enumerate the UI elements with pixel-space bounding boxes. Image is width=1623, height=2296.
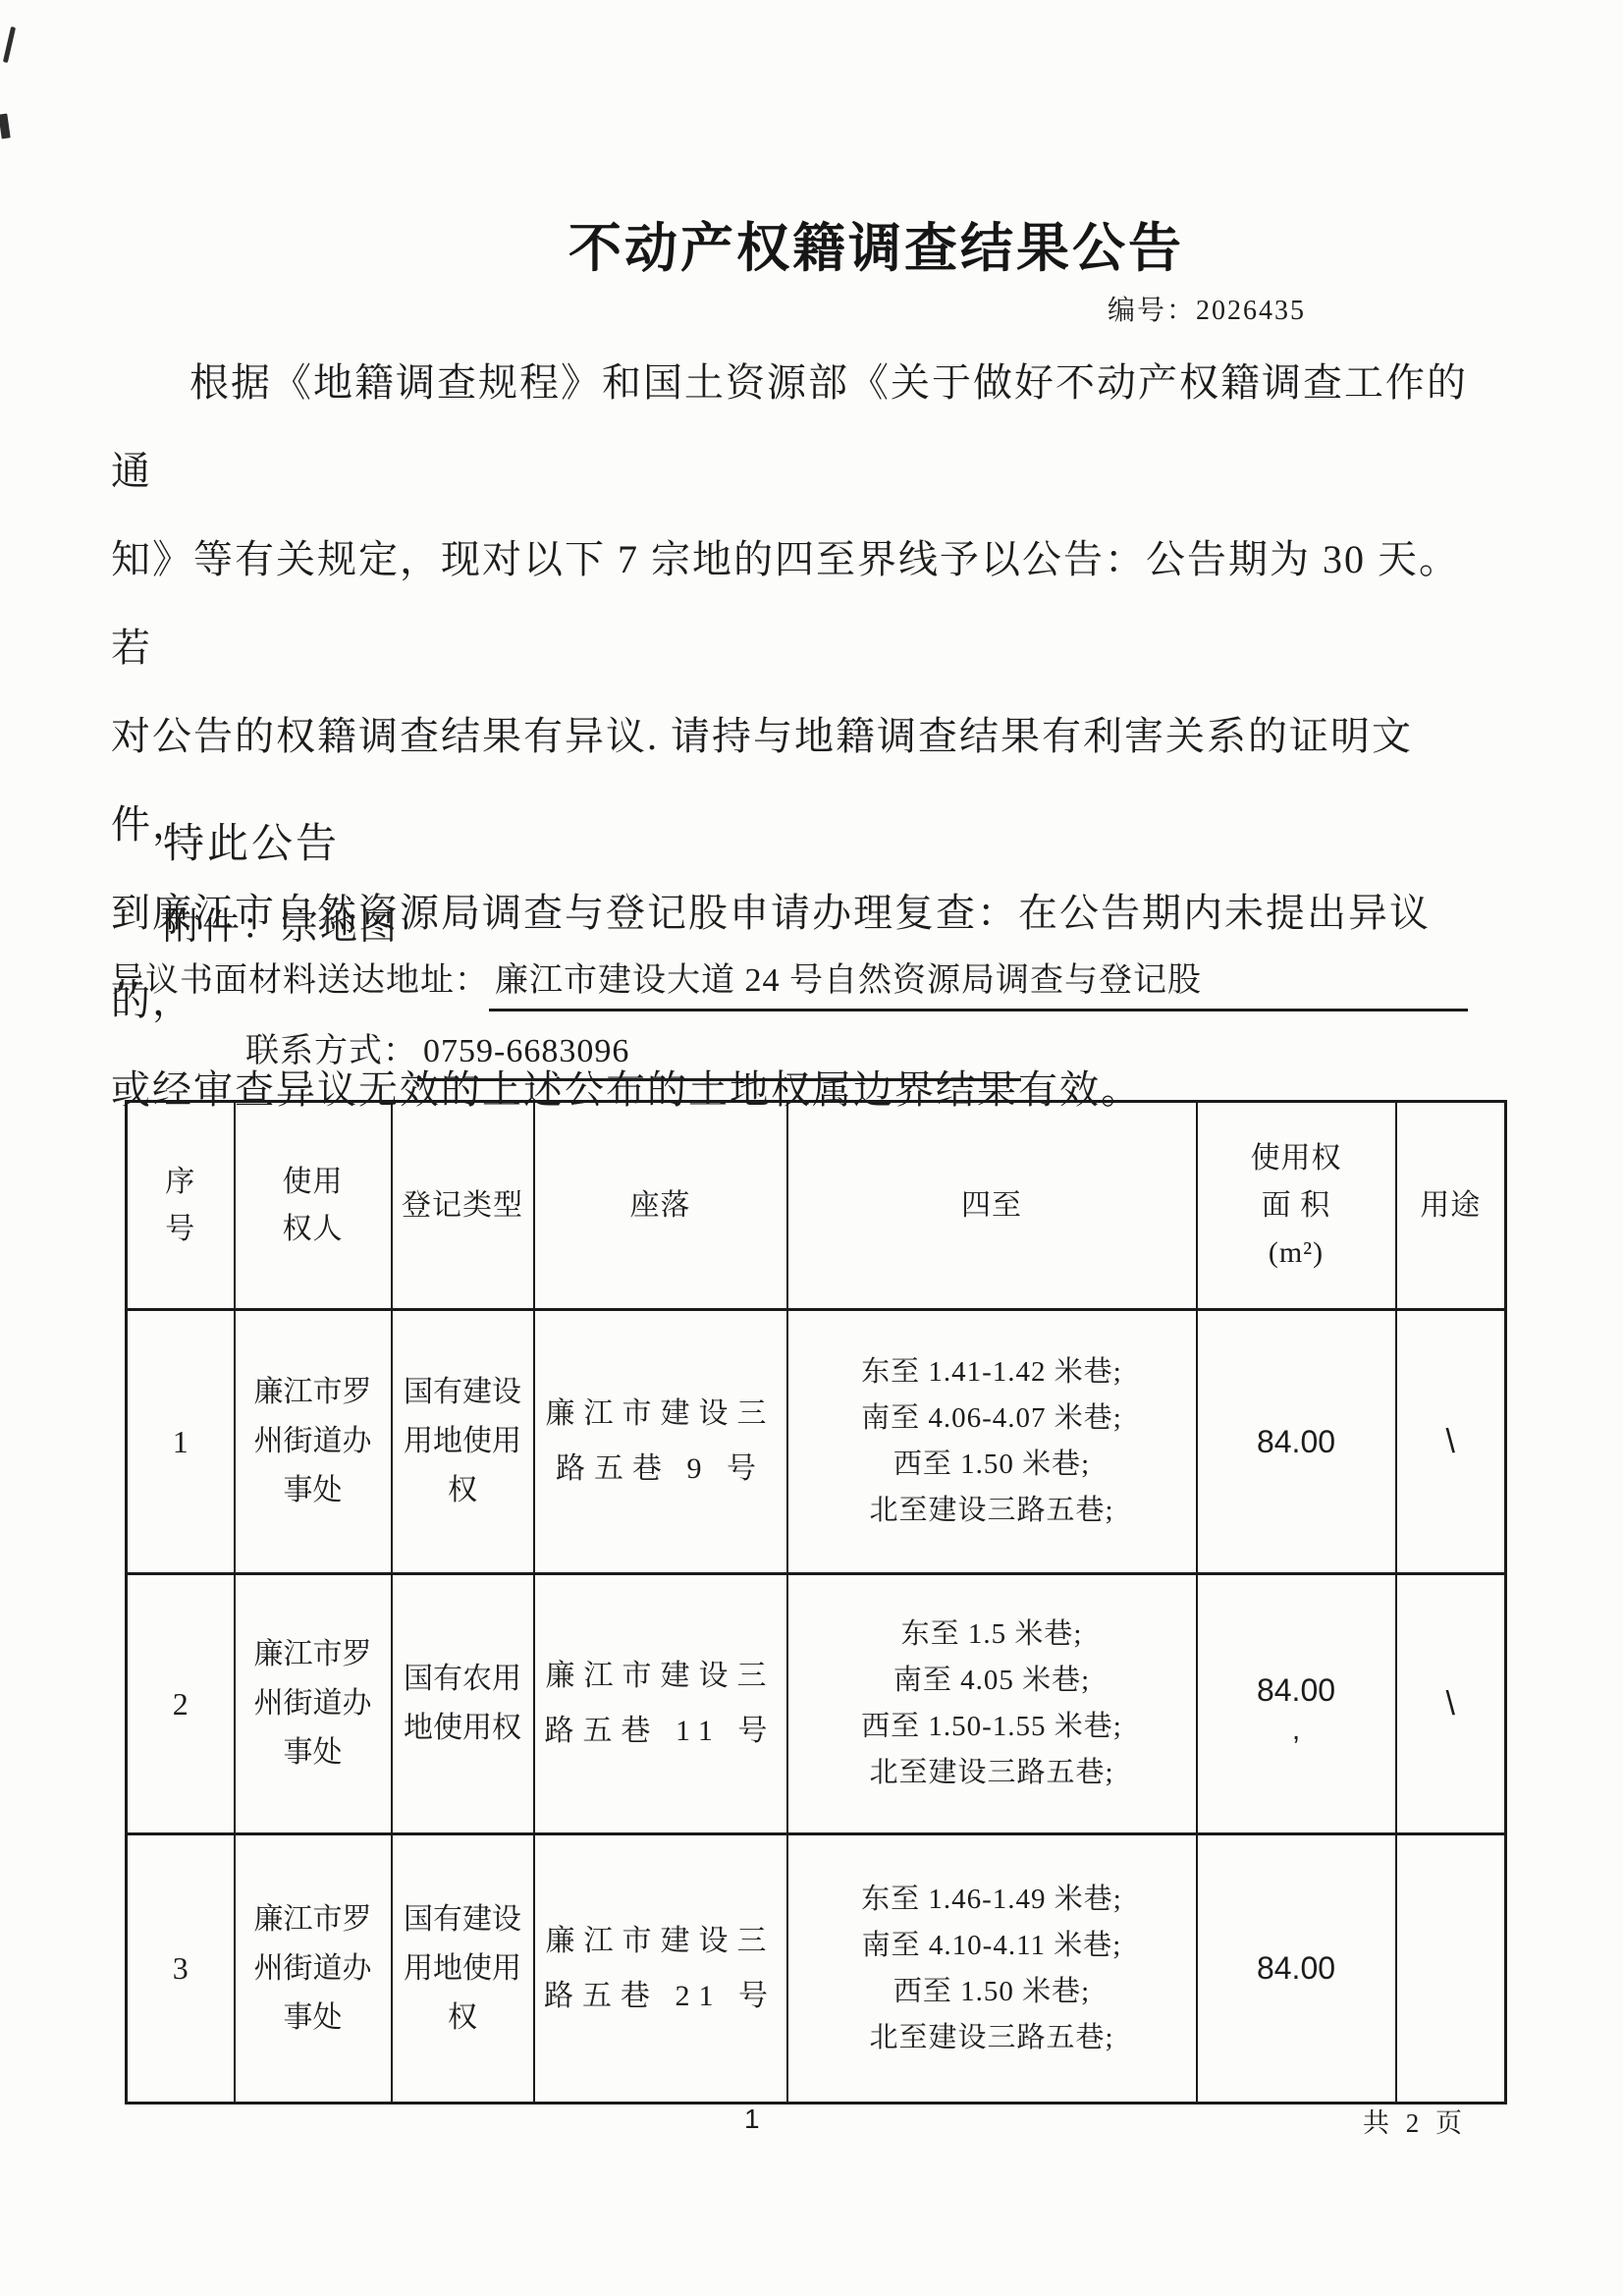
header-boundaries: 四至 [787, 1102, 1197, 1310]
cell-location: 廉江市建设三 路五巷 9 号 [534, 1310, 787, 1574]
doc-number: 编号：2026435 [1108, 289, 1306, 328]
cell-reg-type: 国有农用 地使用权 [392, 1574, 534, 1834]
cell-usage: \ [1396, 1310, 1506, 1574]
cell-boundaries: 东至 1.46-1.49 米巷; 南至 4.10-4.11 米巷; 西至 1.5… [787, 1834, 1197, 2104]
cell-usage: \ [1396, 1574, 1506, 1834]
footer-page-number: 1 [744, 2104, 760, 2135]
area-value: 84.00 [1257, 1424, 1335, 1459]
parcel-table: 序 号 使用 权人 登记类型 座落 四至 使用权 面 积 (m²) 用途 1 廉… [125, 1100, 1507, 2105]
cell-location: 廉江市建设三 路五巷 11 号 [534, 1574, 787, 1834]
cell-location: 廉江市建设三 路五巷 21 号 [534, 1834, 787, 2104]
scan-artifact [3, 27, 16, 63]
cell-area: 84.00 [1197, 1834, 1396, 2104]
cell-reg-type: 国有建设 用地使用 权 [392, 1834, 534, 2104]
cell-reg-type: 国有建设 用地使用 权 [392, 1310, 534, 1574]
cell-owner: 廉江市罗 州街道办 事处 [235, 1834, 392, 2104]
contact-label: 联系方式： [245, 1023, 417, 1071]
footer-page-total: 共 2 页 [1363, 2102, 1467, 2140]
attachment-note: 附件：宗地图 [163, 896, 399, 950]
cell-area: 84.00 [1197, 1310, 1396, 1574]
cell-owner: 廉江市罗 州街道办 事处 [235, 1574, 392, 1834]
cell-boundaries: 东至 1.41-1.42 米巷; 南至 4.06-4.07 米巷; 西至 1.5… [787, 1310, 1197, 1574]
cell-seq: 3 [127, 1834, 235, 2104]
contact-value: 0759-6683096 [417, 1033, 1021, 1081]
address-line: 异议书面材料送达地址： 廉江市建设大道 24 号自然资源局调查与登记股 [111, 953, 1468, 1011]
scan-artifact [0, 113, 11, 138]
header-location: 座落 [534, 1102, 787, 1310]
table-row: 1 廉江市罗 州街道办 事处 国有建设 用地使用 权 廉江市建设三 路五巷 9 … [127, 1310, 1506, 1574]
address-value: 廉江市建设大道 24 号自然资源局调查与登记股 [489, 953, 1468, 1011]
area-value: 84.00 [1257, 1672, 1335, 1708]
cell-area: 84.00 , [1197, 1574, 1396, 1834]
table-row: 3 廉江市罗 州街道办 事处 国有建设 用地使用 权 廉江市建设三 路五巷 21… [127, 1834, 1506, 2104]
header-reg-type: 登记类型 [392, 1102, 534, 1310]
document-page: 不动产权籍调查结果公告 编号：2026435 根据《地籍调查规程》和国土资源部《… [0, 0, 1623, 2296]
cell-seq: 2 [127, 1574, 235, 1834]
table-header-row: 序 号 使用 权人 登记类型 座落 四至 使用权 面 积 (m²) 用途 [127, 1102, 1506, 1310]
header-usage: 用途 [1396, 1102, 1506, 1310]
area-value: 84.00 [1257, 1950, 1335, 1986]
header-area: 使用权 面 积 (m²) [1197, 1102, 1396, 1310]
header-owner: 使用 权人 [235, 1102, 392, 1310]
address-label: 异议书面材料送达地址： [111, 953, 489, 1001]
contact-line: 联系方式： 0759-6683096 [245, 1023, 1021, 1081]
closing-statement: 特此公告 [163, 811, 340, 870]
header-seq: 序 号 [127, 1102, 235, 1310]
cell-boundaries: 东至 1.5 米巷; 南至 4.05 米巷; 西至 1.50-1.55 米巷; … [787, 1574, 1197, 1834]
cell-owner: 廉江市罗 州街道办 事处 [235, 1310, 392, 1574]
cell-seq: 1 [127, 1310, 235, 1574]
body-paragraph: 根据《地籍调查规程》和国土资源部《关于做好不动产权籍调查工作的通 知》等有关规定… [111, 339, 1470, 1134]
page-title: 不动产权籍调查结果公告 [130, 206, 1623, 282]
table-row: 2 廉江市罗 州街道办 事处 国有农用 地使用权 廉江市建设三 路五巷 11 号… [127, 1574, 1506, 1834]
cell-usage [1396, 1834, 1506, 2104]
scan-mark: , [1198, 1724, 1395, 1736]
